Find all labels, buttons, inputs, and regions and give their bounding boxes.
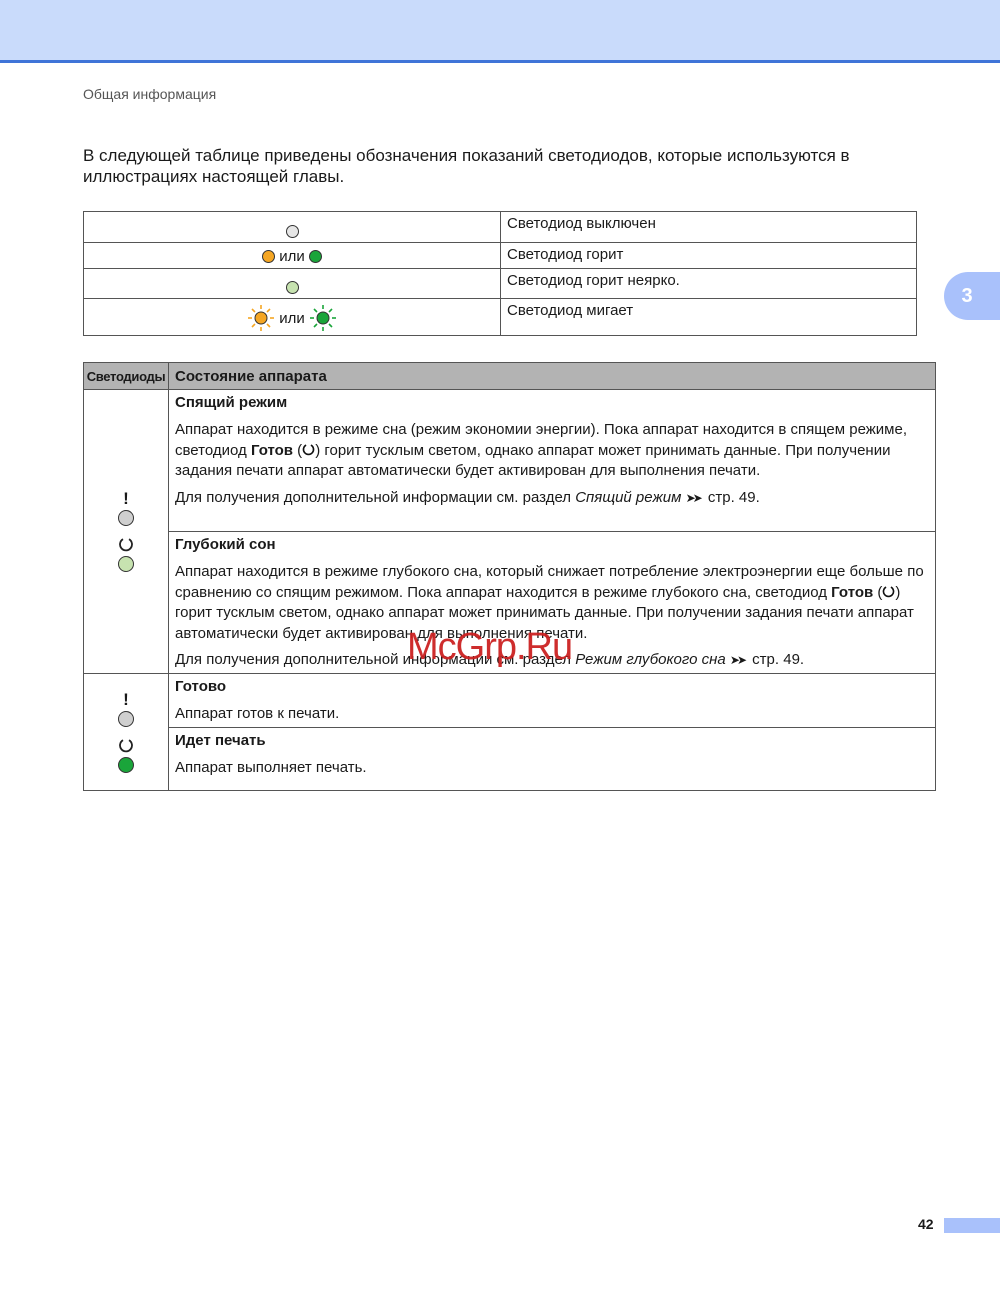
ready-label: Готов (831, 584, 873, 601)
watermark: McGrp.Ru (407, 626, 572, 669)
led-orange-blink-icon (247, 304, 275, 332)
state-cell-ready: Готово Аппарат готов к печати. (169, 674, 936, 728)
cross-reference: Для получения дополнительной информации … (175, 488, 929, 508)
power-icon (882, 585, 895, 598)
legend-row: Светодиод горит неярко. (84, 269, 917, 299)
page-bar (944, 1218, 1000, 1233)
ready-power-icon (118, 536, 134, 552)
error-led-icon (118, 711, 134, 727)
double-arrow-icon: ➤➤ (686, 491, 700, 505)
state-title: Готово (175, 677, 929, 697)
running-head: Общая информация (83, 86, 216, 102)
ready-label: Готов (251, 442, 293, 459)
or-label: или (279, 248, 305, 265)
state-title: Глубокий сон (175, 535, 929, 555)
state-cell-printing: Идет печать Аппарат выполняет печать. (169, 728, 936, 791)
legend-row: Светодиод выключен (84, 212, 917, 243)
legend-row: или Светодиод горит (84, 243, 917, 269)
table-row: ! Готово Аппарат готов к печати. (84, 674, 936, 728)
legend-description: Светодиод горит (501, 243, 917, 269)
error-exclamation-icon: ! (123, 492, 129, 506)
led-indicator-cell: ! (84, 674, 169, 791)
intro-paragraph: В следующей таблице приведены обозначени… (83, 145, 923, 187)
led-dim-icon (286, 281, 299, 294)
legend-description: Светодиод выключен (501, 212, 917, 243)
led-off-icon (286, 225, 299, 238)
state-description: Аппарат находится в режиме сна (режим эк… (175, 420, 929, 482)
ready-power-icon (118, 737, 134, 753)
chapter-tab[interactable]: 3 (944, 272, 1000, 320)
device-status-table: Светодиоды Состояние аппарата ! Спящий р… (83, 362, 936, 791)
ready-led-green-icon (118, 757, 134, 773)
led-legend-table: Светодиод выключен или Светодиод горит С… (83, 211, 917, 336)
state-description: Аппарат готов к печати. (175, 704, 929, 725)
table-row: Идет печать Аппарат выполняет печать. (84, 728, 936, 791)
or-label: или (279, 310, 305, 327)
header-leds: Светодиоды (84, 363, 169, 390)
top-band (0, 0, 1000, 63)
ready-led-dim-icon (118, 556, 134, 572)
led-indicator-cell: ! (84, 390, 169, 674)
error-exclamation-icon: ! (123, 693, 129, 707)
state-title: Спящий режим (175, 393, 929, 413)
power-icon (302, 443, 315, 456)
state-cell-sleep: Спящий режим Аппарат находится в режиме … (169, 390, 936, 532)
page-number: 42 (918, 1216, 934, 1232)
legend-description: Светодиод мигает (501, 299, 917, 336)
error-led-icon (118, 510, 134, 526)
legend-description: Светодиод горит неярко. (501, 269, 917, 299)
state-title: Идет печать (175, 731, 929, 751)
state-description: Аппарат выполняет печать. (175, 758, 929, 779)
header-state: Состояние аппарата (169, 363, 936, 390)
table-header-row: Светодиоды Состояние аппарата (84, 363, 936, 390)
table-row: ! Спящий режим Аппарат находится в режим… (84, 390, 936, 532)
led-green-blink-icon (309, 304, 337, 332)
led-orange-on-icon (262, 250, 275, 263)
reference-link[interactable]: Режим глубокого сна (575, 651, 726, 668)
legend-row: или Светодиод мигает (84, 299, 917, 336)
led-green-on-icon (309, 250, 322, 263)
double-arrow-icon: ➤➤ (730, 653, 744, 667)
reference-link[interactable]: Спящий режим (575, 489, 681, 506)
